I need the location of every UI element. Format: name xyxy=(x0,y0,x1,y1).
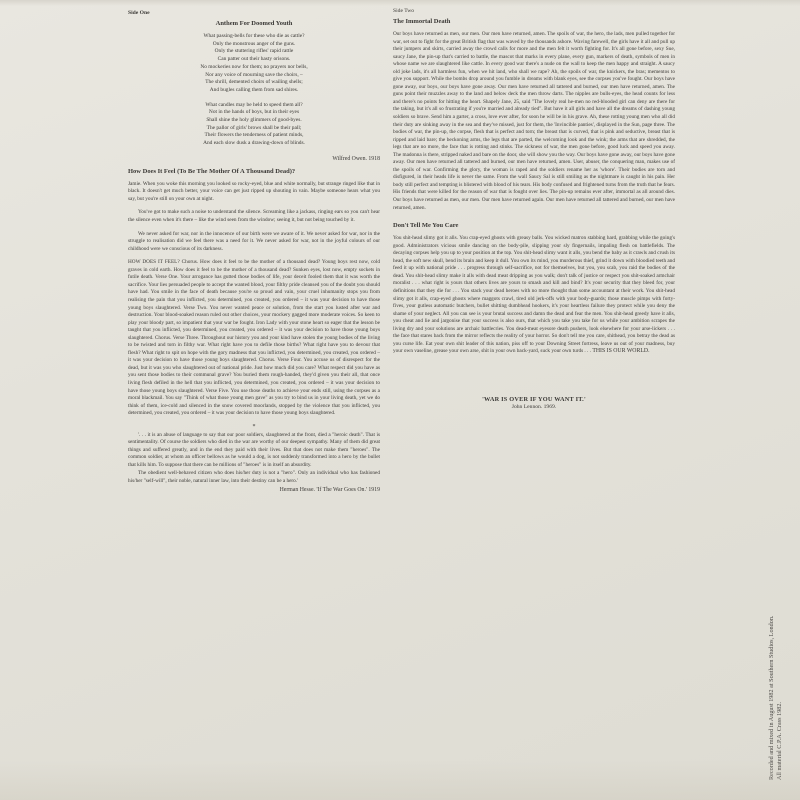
song-title-dont-tell-me: Don't Tell Me You Care xyxy=(393,222,675,229)
poem-line: Can patter out their hasty orisons. xyxy=(128,56,380,64)
credits-line: Recorded and mixed in August 1982 at Sou… xyxy=(768,616,776,780)
poem-stanza-2: What candles may be held to speed them a… xyxy=(128,102,380,148)
song-title-how-does-it-feel: How Does It Feel (To Be The Mother Of A … xyxy=(128,168,380,175)
song-title-immortal-death: The Immortal Death xyxy=(393,18,675,25)
side-one-label: Side One xyxy=(128,10,380,16)
lyrics-dont-tell-me: You shit-head slimy got it alls. You cra… xyxy=(393,235,675,356)
hesse-quote-paragraph: The obedient well-behaved citizen who do… xyxy=(128,470,380,485)
lyrics-paragraph: Jamie. When you woke this morning you lo… xyxy=(128,181,380,204)
lennon-quote: 'WAR IS OVER IF YOU WANT IT.' xyxy=(393,396,675,403)
lennon-attribution: John Lennon. 1969. xyxy=(393,404,675,410)
paper-fold-shadow xyxy=(0,760,800,800)
side-two-column: Side Two The Immortal Death Our boys hav… xyxy=(393,8,675,410)
side-two-label: Side Two xyxy=(393,8,675,14)
lyrics-text: You shit-head slimy got it alls. You cra… xyxy=(393,235,675,354)
poem-line: And each slow dusk a drawing-down of bli… xyxy=(128,140,380,148)
poem-line: What passing-bells for these who die as … xyxy=(128,33,380,41)
hesse-attribution: Herman Hesse. 'If The War Goes On.' 1919 xyxy=(128,487,380,493)
poem-line: No mockeries now for them; no prayers no… xyxy=(128,64,380,72)
section-separator: * xyxy=(128,424,380,430)
side-one-column: Side One Anthem For Doomed Youth What pa… xyxy=(128,10,380,499)
lyrics-paragraph: HOW DOES IT FEEL? Chorus. How does it fe… xyxy=(128,259,380,417)
lyrics-paragraph: We never asked for war, nor in the innoc… xyxy=(128,231,380,254)
poem-body: What passing-bells for these who die as … xyxy=(128,33,380,148)
poem-line: Not in the hands of boys, but in their e… xyxy=(128,109,380,117)
lyrics-paragraph: You've got to make such a noise to under… xyxy=(128,209,380,224)
paper-edge-shadow xyxy=(0,0,800,6)
poem-attribution: Wilfred Owen. 1918 xyxy=(128,156,380,162)
lyrics-immortal-death: Our boys have returned as men, our men. … xyxy=(393,31,675,212)
lennon-quote-block: 'WAR IS OVER IF YOU WANT IT.' John Lenno… xyxy=(393,396,675,410)
poem-stanza-1: What passing-bells for these who die as … xyxy=(128,33,380,95)
credits-line: All material C.P.A. Crass 1982. xyxy=(776,616,784,780)
hesse-quote-paragraph: '. . . it is an abuse of language to say… xyxy=(128,432,380,470)
recording-credits: Recorded and mixed in August 1982 at Sou… xyxy=(768,616,784,780)
closing-line: THIS IS OUR WORLD. xyxy=(592,348,649,354)
poem-line: Only the stuttering rifles' rapid rattle xyxy=(128,48,380,56)
poem-line: Their flowers the tenderness of patient … xyxy=(128,132,380,140)
poem-line: And bugles calling them from sad shires. xyxy=(128,87,380,95)
poem-title: Anthem For Doomed Youth xyxy=(128,20,380,27)
record-insert-sheet: Side One Anthem For Doomed Youth What pa… xyxy=(0,0,800,800)
poem-line: Shall shine the holy glimmers of good-by… xyxy=(128,117,380,125)
poem-line: The shrill, demented choirs of wailing s… xyxy=(128,79,380,87)
